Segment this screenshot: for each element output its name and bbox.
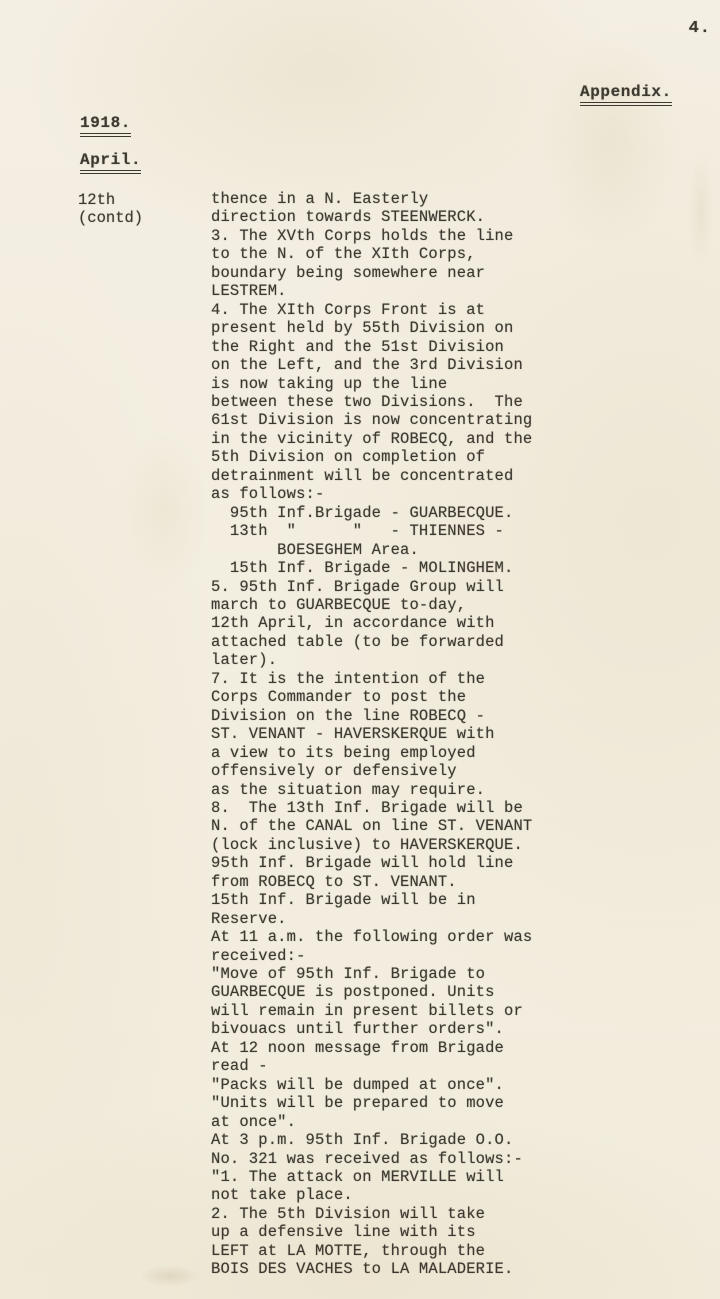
month-heading: April. (80, 151, 141, 174)
paper-stain (540, 30, 680, 250)
paper-stain (688, 150, 714, 270)
appendix-heading: Appendix. (580, 83, 672, 106)
margin-contd: (contd) (78, 209, 143, 227)
margin-date: 12th (78, 191, 143, 209)
paper-stain (140, 1265, 200, 1287)
war-diary-page: 4. Appendix. 1918. April. 12th (contd) t… (0, 0, 720, 1299)
margin-date-column: 12th (contd) (78, 191, 143, 228)
page-number: 4. (689, 19, 711, 38)
year-heading: 1918. (80, 114, 131, 137)
paper-stain (120, 430, 210, 590)
diary-body-text: thence in a N. Easterly direction toward… (211, 190, 532, 1279)
